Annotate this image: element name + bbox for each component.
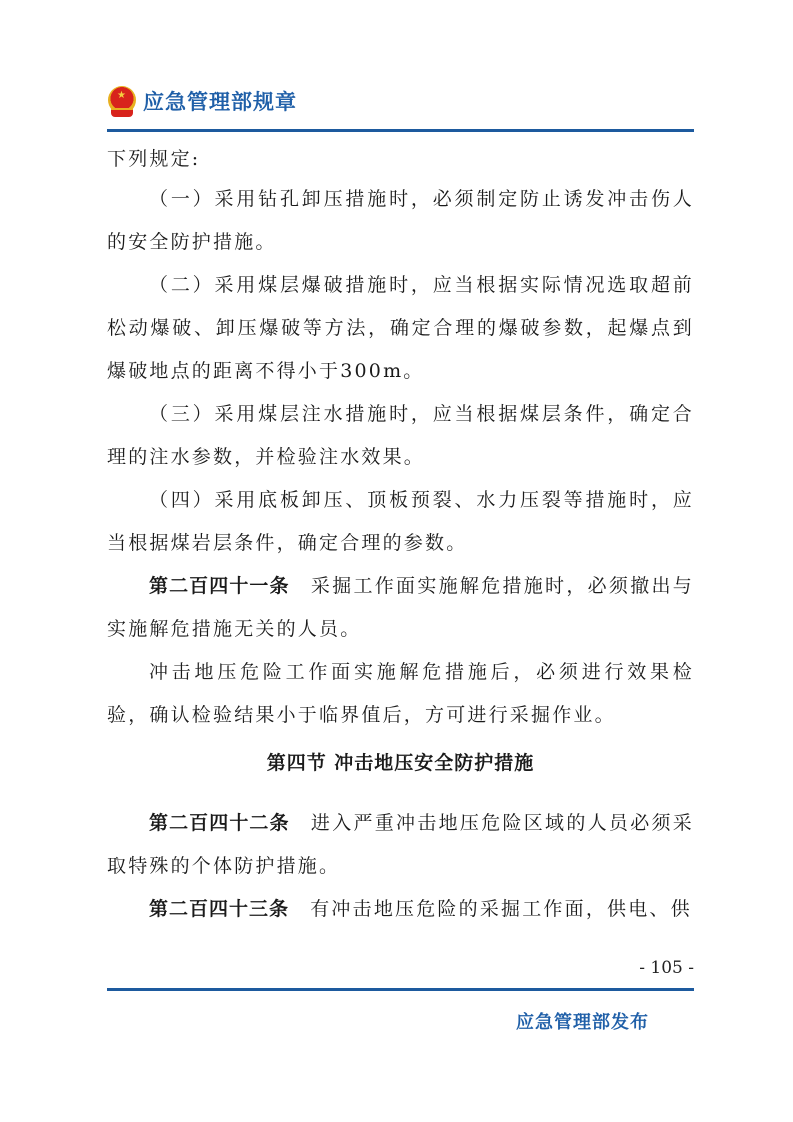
- article-number: 第二百四十三条: [149, 898, 289, 920]
- article-text: 有冲击地压危险的采掘工作面，供电、供: [310, 898, 692, 920]
- paragraph-verification: 冲击地压危险工作面实施解危措施后，必须进行效果检验，确认检验结果小于临界值后，方…: [107, 651, 694, 737]
- article-number: 第二百四十一条: [149, 575, 290, 597]
- page-header: ★ 应急管理部规章: [107, 84, 297, 118]
- paragraph-item-4: （四）采用底板卸压、顶板预裂、水力压裂等措施时，应当根据煤岩层条件，确定合理的参…: [107, 479, 694, 565]
- header-divider: [107, 129, 694, 132]
- article-242: 第二百四十二条 进入严重冲击地压危险区域的人员必须采取特殊的个体防护措施。: [107, 802, 694, 888]
- paragraph-item-1: （一）采用钻孔卸压措施时，必须制定防止诱发冲击伤人的安全防护措施。: [107, 178, 694, 264]
- paragraph-item-2: （二）采用煤层爆破措施时，应当根据实际情况选取超前松动爆破、卸压爆破等方法，确定…: [107, 264, 694, 393]
- national-emblem-icon: ★: [107, 86, 137, 116]
- article-241: 第二百四十一条 采掘工作面实施解危措施时，必须撤出与实施解危措施无关的人员。: [107, 565, 694, 651]
- footer-publisher: 应急管理部发布: [516, 1008, 649, 1034]
- header-title: 应急管理部规章: [143, 86, 297, 116]
- paragraph-intro: 下列规定:: [107, 138, 694, 181]
- section-title: 第四节 冲击地压安全防护措施: [107, 748, 694, 775]
- footer-divider: [107, 988, 694, 991]
- paragraph-item-3: （三）采用煤层注水措施时，应当根据煤层条件，确定合理的注水参数，并检验注水效果。: [107, 393, 694, 479]
- page-number: - 105 -: [639, 958, 694, 978]
- article-243: 第二百四十三条 有冲击地压危险的采掘工作面，供电、供: [107, 888, 694, 931]
- article-number: 第二百四十二条: [149, 812, 290, 834]
